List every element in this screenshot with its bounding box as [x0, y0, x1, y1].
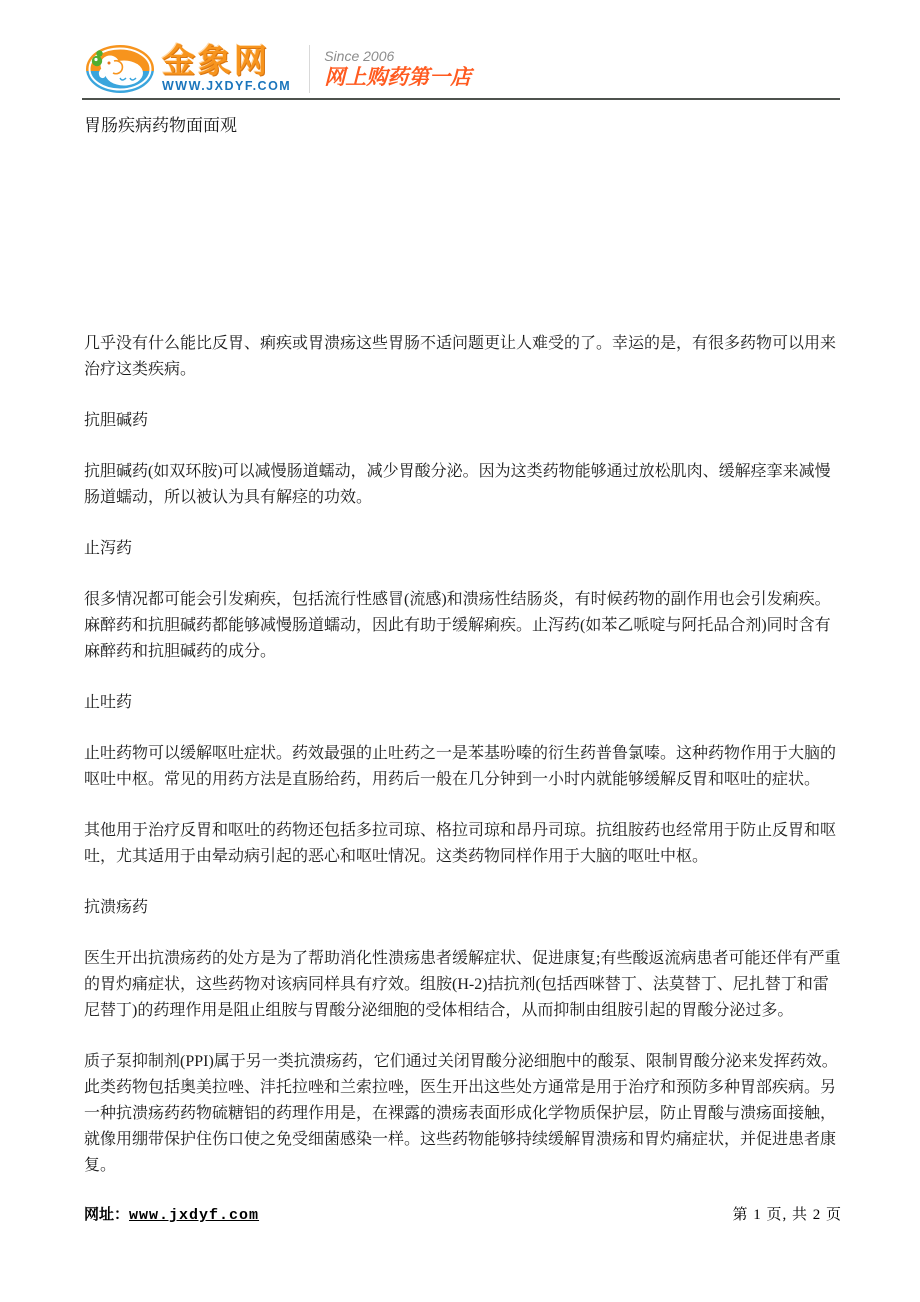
- page-header: 金象网 WWW.JXDYF.COM Since 2006 网上购药第一店: [84, 40, 842, 98]
- missing-image-gap: [84, 138, 844, 306]
- section-heading-antiemetic: 止吐药: [84, 690, 844, 716]
- document-body: 胃肠疾病药物面面观 几乎没有什么能比反胃、痢疾或胃溃疡这些胃肠不适问题更让人难受…: [84, 104, 844, 1204]
- brand-name: 金象网: [162, 45, 291, 77]
- site-logo: 金象网 WWW.JXDYF.COM: [84, 44, 291, 94]
- footer-site: 网址：www.jxdyf.com: [84, 1203, 259, 1224]
- header-divider: [309, 45, 310, 93]
- paragraph: 止吐药物可以缓解呕吐症状。药效最强的止吐药之一是苯基吩嗪的衍生药普鲁氯嗪。这种药…: [84, 741, 844, 793]
- section-heading-antiulcer: 抗溃疡药: [84, 895, 844, 921]
- page-title: 胃肠疾病药物面面观: [84, 114, 844, 138]
- elephant-gourd-logo-icon: [84, 44, 156, 94]
- document-page: 金象网 WWW.JXDYF.COM Since 2006 网上购药第一店 胃肠疾…: [0, 0, 920, 1302]
- site-url-label: 网址：: [84, 1207, 129, 1223]
- header-rule: [82, 98, 840, 100]
- paragraph: 医生开出抗溃疡药的处方是为了帮助消化性溃疡患者缓解症状、促进康复;有些酸返流病患…: [84, 946, 844, 1024]
- header-tagline: Since 2006 网上购药第一店: [324, 47, 471, 91]
- paragraph: 抗胆碱药(如双环胺)可以减慢肠道蠕动，减少胃酸分泌。因为这类药物能够通过放松肌肉…: [84, 459, 844, 511]
- paragraph: 很多情况都可能会引发痢疾，包括流行性感冒(流感)和溃疡性结肠炎，有时候药物的副作…: [84, 587, 844, 665]
- paragraph: 质子泵抑制剂(PPI)属于另一类抗溃疡药，它们通过关闭胃酸分泌细胞中的酸泵、限制…: [84, 1049, 844, 1179]
- site-url-link[interactable]: www.jxdyf.com: [129, 1207, 259, 1224]
- brand-url: WWW.JXDYF.COM: [162, 79, 291, 93]
- page-number-info: 第 1 页, 共 2 页: [732, 1203, 842, 1224]
- paragraph: 几乎没有什么能比反胃、痢疾或胃溃疡这些胃肠不适问题更让人难受的了。幸运的是，有很…: [84, 331, 844, 383]
- paragraph: 其他用于治疗反胃和呕吐的药物还包括多拉司琼、格拉司琼和昂丹司琼。抗组胺药也经常用…: [84, 818, 844, 870]
- section-heading-anticholinergic: 抗胆碱药: [84, 408, 844, 434]
- tagline-label: 网上购药第一店: [324, 65, 471, 91]
- logo-text: 金象网 WWW.JXDYF.COM: [162, 45, 291, 93]
- page-footer: 网址：www.jxdyf.com 第 1 页, 共 2 页: [84, 1203, 842, 1224]
- since-label: Since 2006: [324, 47, 471, 65]
- section-heading-antidiarrheal: 止泻药: [84, 536, 844, 562]
